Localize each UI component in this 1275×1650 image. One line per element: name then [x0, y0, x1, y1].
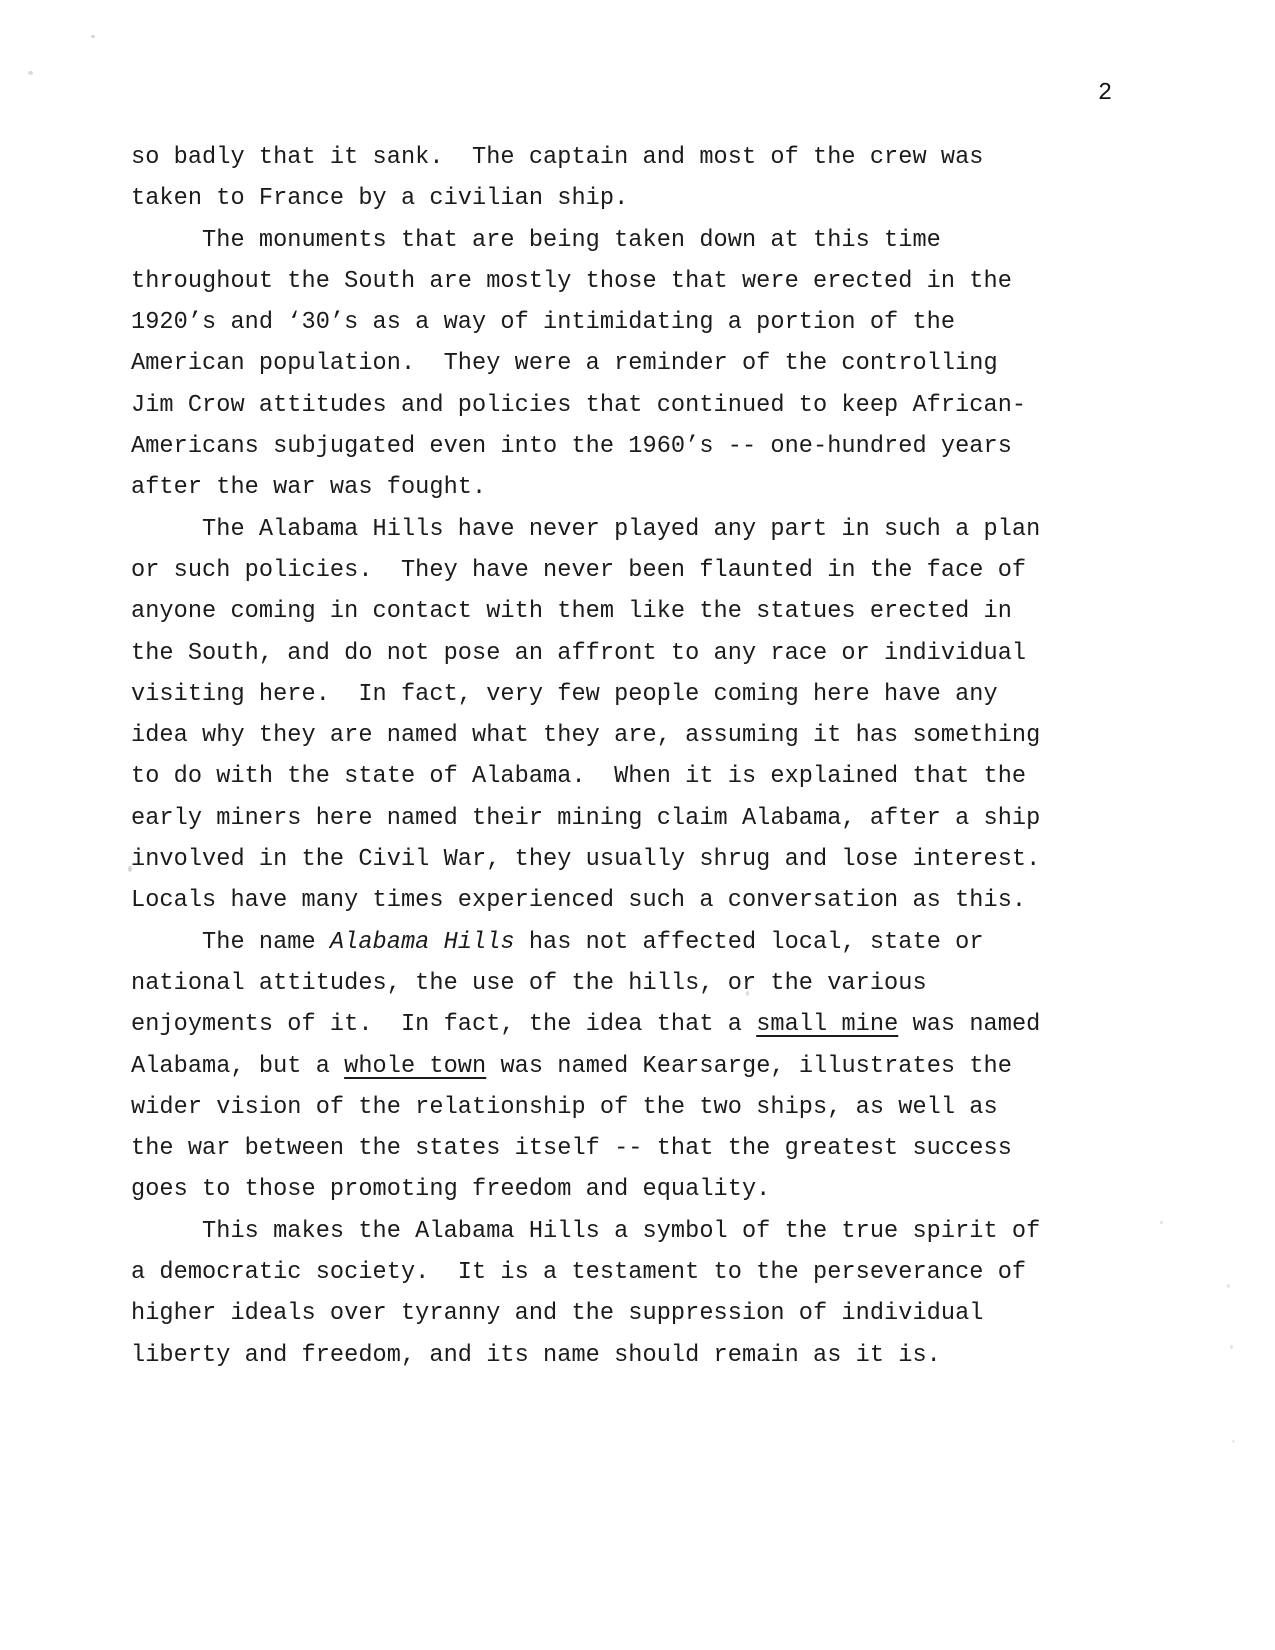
- text-line: the war between the states itself -- tha…: [131, 1128, 1091, 1169]
- text-segment: higher ideals over tyranny and the suppr…: [131, 1300, 984, 1327]
- text-line: The monuments that are being taken down …: [131, 220, 1091, 261]
- paragraph: This makes the Alabama Hills a symbol of…: [131, 1211, 1091, 1376]
- text-line: a democratic society. It is a testament …: [131, 1252, 1091, 1293]
- text-line: so badly that it sank. The captain and m…: [131, 137, 1091, 178]
- scan-speckle: [746, 991, 749, 996]
- text-line: Locals have many times experienced such …: [131, 880, 1091, 921]
- text-line: wider vision of the relationship of the …: [131, 1087, 1091, 1128]
- text-segment: or such policies. They have never been f…: [131, 557, 1026, 584]
- text-segment: has not affected local, state or: [515, 929, 984, 956]
- text-segment: visiting here. In fact, very few people …: [131, 681, 998, 708]
- page-number: 2: [1098, 80, 1112, 108]
- text-segment: throughout the South are mostly those th…: [131, 268, 1012, 295]
- text-segment: the war between the states itself -- tha…: [131, 1135, 1012, 1162]
- paragraph: The name Alabama Hills has not affected …: [131, 922, 1091, 1211]
- text-segment-underline: whole town: [344, 1053, 486, 1080]
- text-line: The Alabama Hills have never played any …: [131, 509, 1091, 550]
- text-segment: a democratic society. It is a testament …: [131, 1259, 1026, 1286]
- text-line: The name Alabama Hills has not affected …: [131, 922, 1091, 963]
- text-segment-underline: small mine: [756, 1011, 898, 1038]
- document-body: so badly that it sank. The captain and m…: [131, 137, 1091, 1376]
- text-line: after the war was fought.: [131, 467, 1091, 508]
- text-line: Alabama, but a whole town was named Kear…: [131, 1046, 1091, 1087]
- text-segment: American population. They were a reminde…: [131, 350, 998, 377]
- text-segment: enjoyments of it. In fact, the idea that…: [131, 1011, 756, 1038]
- text-segment: The monuments that are being taken down …: [131, 227, 941, 254]
- text-line: goes to those promoting freedom and equa…: [131, 1169, 1091, 1210]
- text-segment: liberty and freedom, and its name should…: [131, 1342, 941, 1369]
- text-segment: goes to those promoting freedom and equa…: [131, 1176, 770, 1203]
- text-segment: Alabama, but a: [131, 1053, 344, 1080]
- text-line: Jim Crow attitudes and policies that con…: [131, 385, 1091, 426]
- scan-speckle: [1227, 1284, 1230, 1288]
- paragraph: so badly that it sank. The captain and m…: [131, 137, 1091, 220]
- text-segment: anyone coming in contact with them like …: [131, 598, 1012, 625]
- text-line: the South, and do not pose an affront to…: [131, 633, 1091, 674]
- text-segment: national attitudes, the use of the hills…: [131, 970, 927, 997]
- scan-speckle: [128, 866, 132, 872]
- scan-speckle: [1160, 1221, 1163, 1224]
- text-line: or such policies. They have never been f…: [131, 550, 1091, 591]
- text-line: involved in the Civil War, they usually …: [131, 839, 1091, 880]
- text-segment-italic: Alabama Hills: [330, 929, 515, 956]
- text-line: taken to France by a civilian ship.: [131, 178, 1091, 219]
- text-segment: 1920’s and ‘30’s as a way of intimidatin…: [131, 309, 955, 336]
- scan-speckle: [91, 35, 95, 38]
- document-page: 2 so badly that it sank. The captain and…: [0, 0, 1275, 1650]
- text-line: visiting here. In fact, very few people …: [131, 674, 1091, 715]
- paragraph: The monuments that are being taken down …: [131, 220, 1091, 509]
- scan-speckle: [28, 71, 33, 75]
- text-line: anyone coming in contact with them like …: [131, 591, 1091, 632]
- scan-speckle: [1232, 1440, 1235, 1443]
- text-segment: taken to France by a civilian ship.: [131, 185, 628, 212]
- text-segment: The Alabama Hills have never played any …: [131, 516, 1040, 543]
- text-line: higher ideals over tyranny and the suppr…: [131, 1293, 1091, 1334]
- text-segment: the South, and do not pose an affront to…: [131, 640, 1026, 667]
- text-segment: to do with the state of Alabama. When it…: [131, 763, 1026, 790]
- text-line: to do with the state of Alabama. When it…: [131, 756, 1091, 797]
- text-segment: after the war was fought.: [131, 474, 486, 501]
- text-segment: idea why they are named what they are, a…: [131, 722, 1040, 749]
- text-line: national attitudes, the use of the hills…: [131, 963, 1091, 1004]
- text-line: This makes the Alabama Hills a symbol of…: [131, 1211, 1091, 1252]
- text-segment: was named Kearsarge, illustrates the: [486, 1053, 1012, 1080]
- text-segment: involved in the Civil War, they usually …: [131, 846, 1040, 873]
- text-segment: was named: [898, 1011, 1040, 1038]
- text-segment: Jim Crow attitudes and policies that con…: [131, 392, 1026, 419]
- text-segment: early miners here named their mining cla…: [131, 805, 1040, 832]
- text-segment: Americans subjugated even into the 1960’…: [131, 433, 1012, 460]
- text-line: liberty and freedom, and its name should…: [131, 1335, 1091, 1376]
- text-line: American population. They were a reminde…: [131, 343, 1091, 384]
- paragraph: The Alabama Hills have never played any …: [131, 509, 1091, 922]
- text-line: Americans subjugated even into the 1960’…: [131, 426, 1091, 467]
- text-segment: Locals have many times experienced such …: [131, 887, 1026, 914]
- scan-speckle: [1230, 1345, 1233, 1349]
- text-segment: The name: [131, 929, 330, 956]
- text-segment: so badly that it sank. The captain and m…: [131, 144, 984, 171]
- text-line: early miners here named their mining cla…: [131, 798, 1091, 839]
- text-line: throughout the South are mostly those th…: [131, 261, 1091, 302]
- text-line: enjoyments of it. In fact, the idea that…: [131, 1004, 1091, 1045]
- text-line: 1920’s and ‘30’s as a way of intimidatin…: [131, 302, 1091, 343]
- text-segment: wider vision of the relationship of the …: [131, 1094, 998, 1121]
- text-line: idea why they are named what they are, a…: [131, 715, 1091, 756]
- text-segment: This makes the Alabama Hills a symbol of…: [131, 1218, 1040, 1245]
